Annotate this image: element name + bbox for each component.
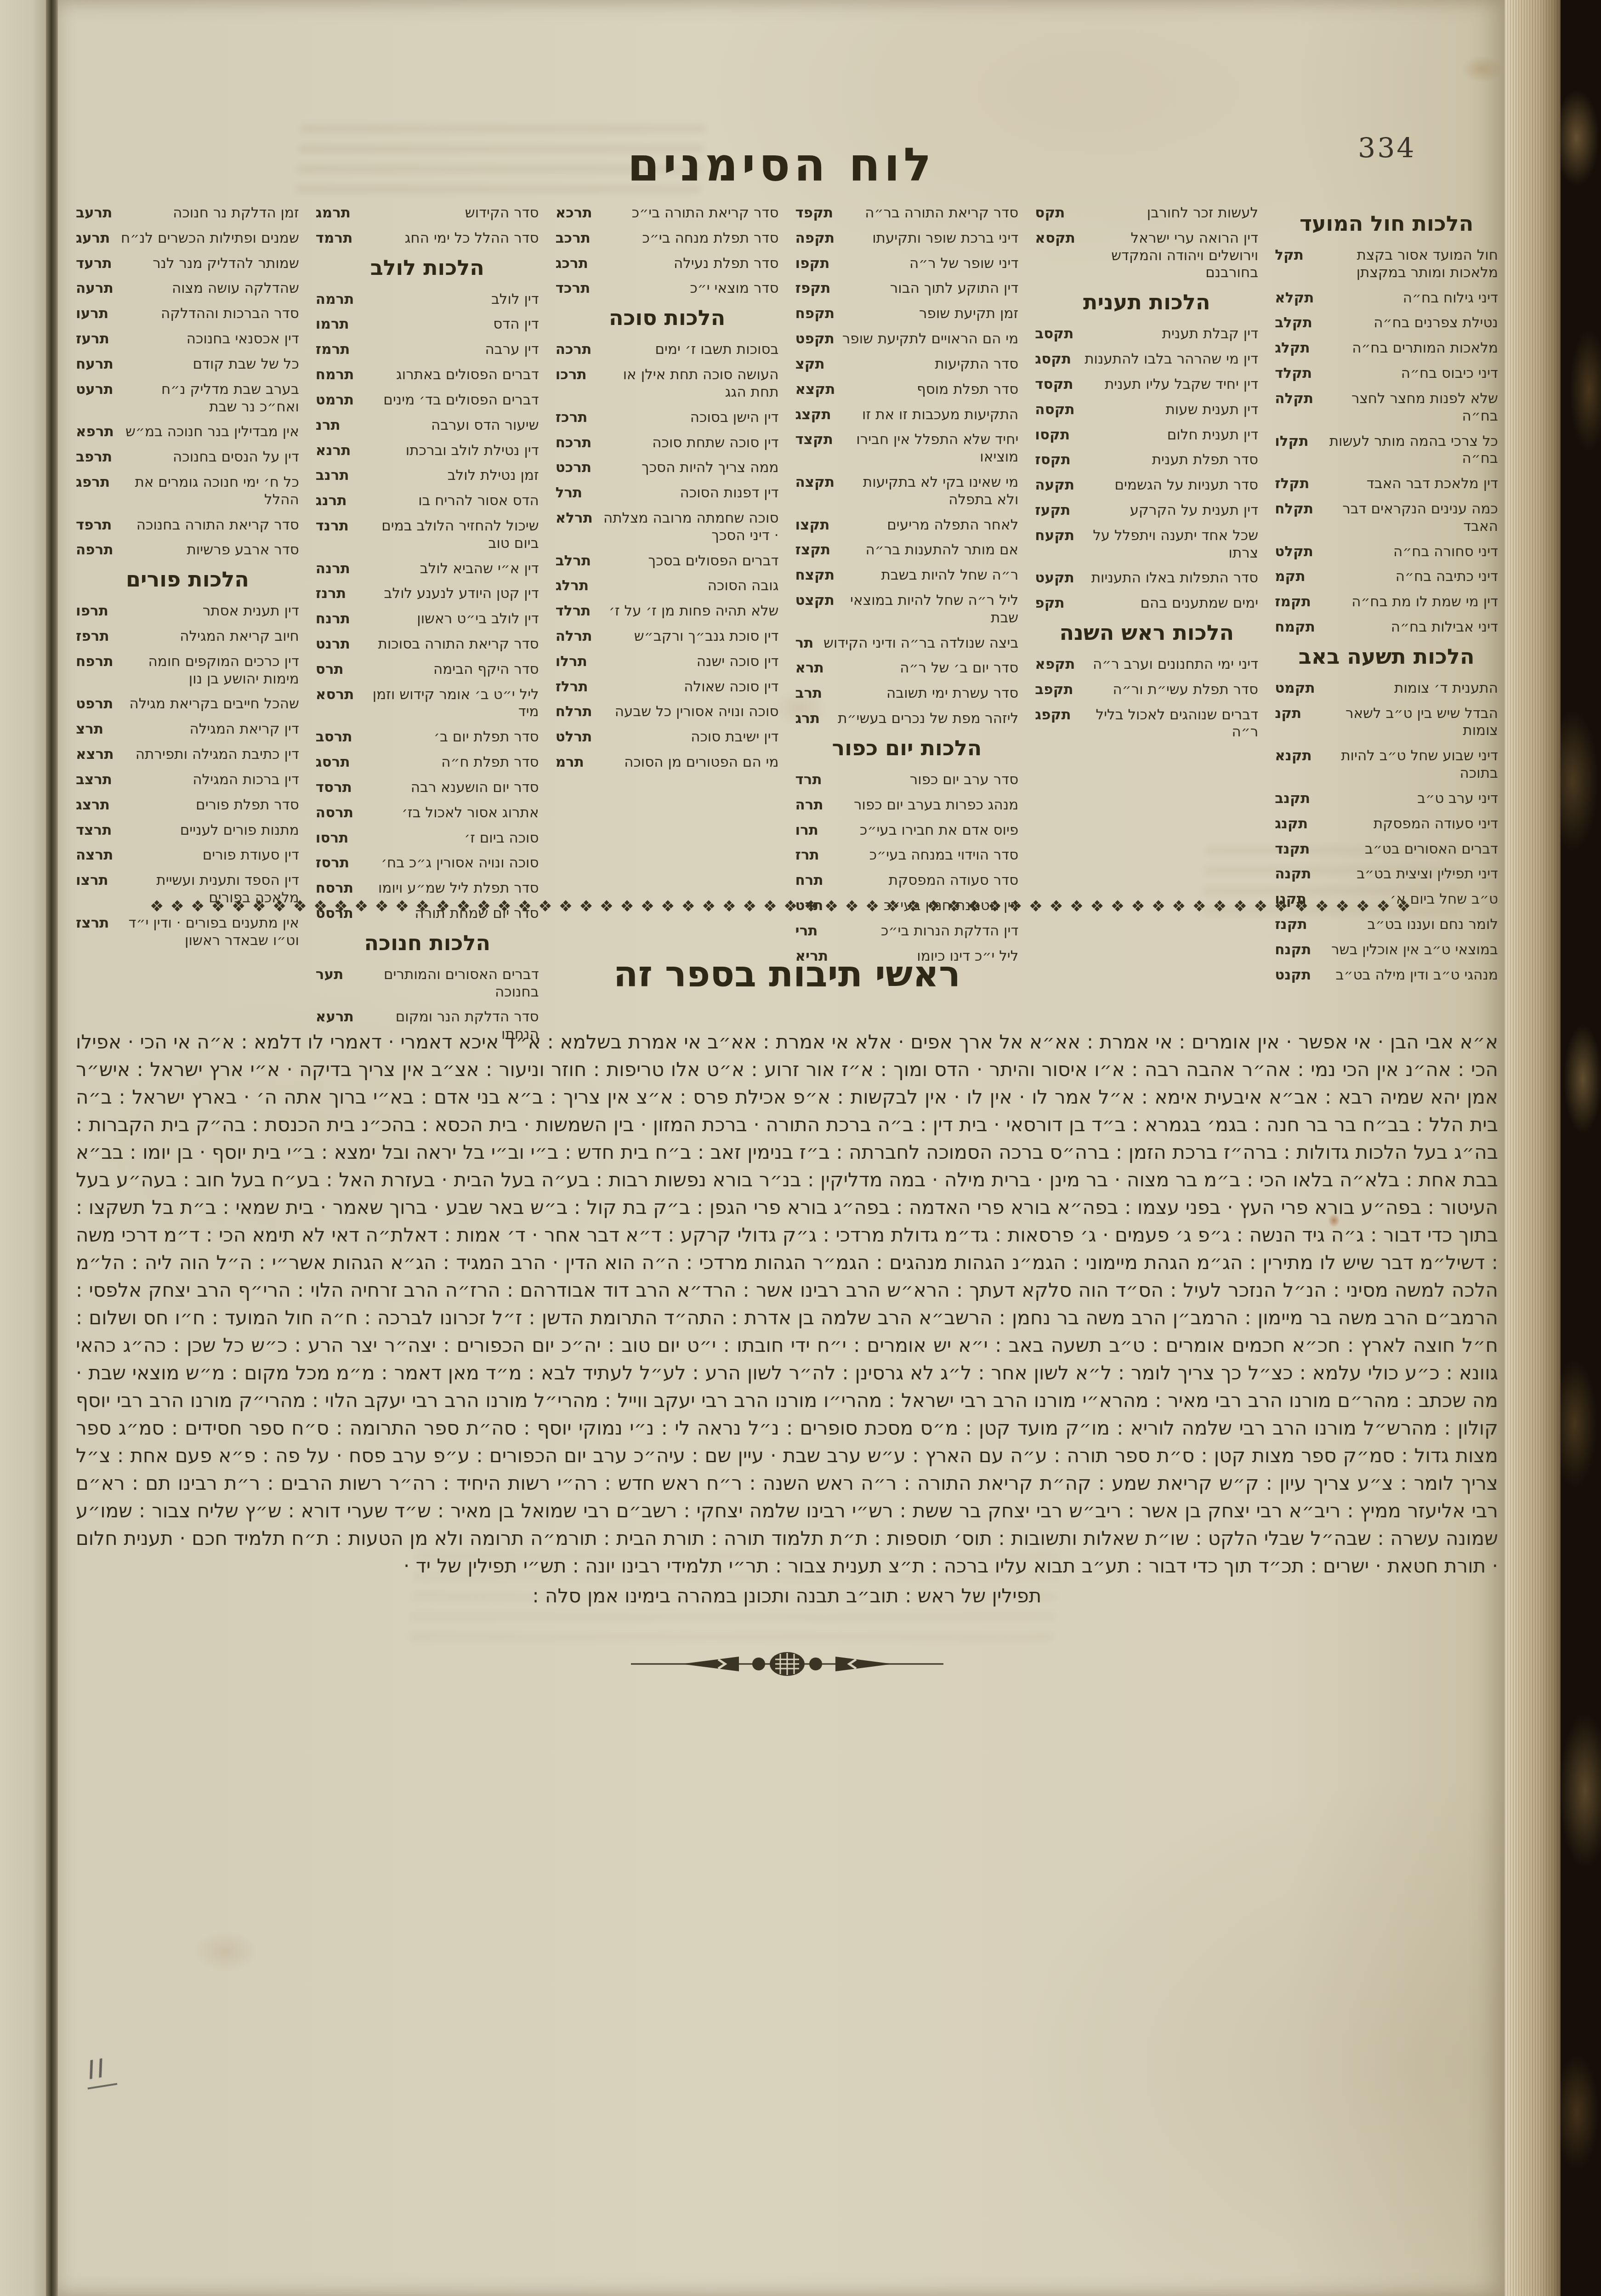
- entry-siman: תקפא: [1035, 656, 1075, 673]
- entry-siman: תרפז: [76, 628, 109, 645]
- entry-siman: תקלח: [1275, 501, 1313, 518]
- entry-siman: תרלא: [556, 510, 593, 527]
- entry-siman: תקנז: [1275, 916, 1307, 934]
- entry-siman: תקלא: [1275, 290, 1314, 307]
- entry-siman: תרפא: [76, 423, 114, 441]
- entry-title: שהכל חייבים בקריאת מגילה: [129, 695, 299, 713]
- entry-siman: תרמה: [316, 291, 354, 308]
- index-entry: דברים הפסולים באתרוגתרמח: [316, 366, 539, 384]
- entry-siman: תרסא: [316, 686, 354, 704]
- index-entry: סדר קריאת התורה בסוכותתרנט: [316, 636, 539, 653]
- entry-siman: תקצט: [795, 592, 835, 610]
- entry-title: סוכה שחמתה מרובה מצלתה · דיני הסכך: [599, 510, 779, 545]
- index-column: סדר הקידושתרמגסדר ההלל כל ימי החגתרמדהלכ…: [316, 205, 539, 1051]
- abbreviations-section: ראשי תיבות בספר זה א״א אבי הבן · אי אפשר…: [76, 954, 1498, 1682]
- tailpiece-ornament: [626, 1646, 948, 1682]
- entry-title: סוכה ונויה אסורין ג״כ בח׳: [381, 855, 539, 872]
- entry-title: מי הם הפטורים מן הסוכה: [624, 754, 778, 771]
- index-entry: כל ח׳ ימי חנוכה גומרים את ההללתרפג: [76, 474, 299, 509]
- entry-title: ליל ר״ה שחל להיות במוצאי שבת: [841, 592, 1019, 627]
- index-entry: ימים שמתענים בהםתקפ: [1035, 595, 1258, 612]
- index-entry: חול המועד אסור בקצת מלאכות ומותר במקצתןת…: [1275, 247, 1498, 282]
- entry-siman: תרנג: [316, 492, 347, 510]
- entry-siman: תקפד: [795, 205, 834, 222]
- entry-title: דין הרואה ערי ישראל וירושלים ויהודה והמק…: [1082, 230, 1258, 282]
- entry-siman: תרצא: [76, 746, 114, 763]
- index-column: לעשות זכר לחורבןתקסדין הרואה ערי ישראל ו…: [1035, 205, 1258, 1051]
- entry-siman: תרפו: [76, 603, 108, 620]
- entry-title: יחיד שלא התפלל אין חבירו מוציאו: [840, 431, 1018, 466]
- entry-siman: תרצה: [76, 847, 113, 864]
- entry-siman: תרלז: [556, 678, 588, 696]
- index-entry: סדר תעניות על הגשמיםתקעה: [1035, 477, 1258, 494]
- entry-title: סדר קריאת התורה בר״ה: [865, 205, 1018, 222]
- entry-siman: תרמג: [316, 205, 351, 222]
- index-entry: דין סוכת גנב״ך ורקב״שתרלה: [556, 628, 779, 645]
- entry-title: אתרוג אסור לאכול בז׳: [402, 804, 539, 822]
- entry-title: דין כתיבת המגילה ותפירתה: [136, 746, 299, 763]
- entry-siman: תרכו: [556, 366, 587, 384]
- entry-siman: תרסו: [316, 830, 349, 847]
- entry-siman: תרפט: [76, 695, 113, 713]
- entry-title: סדר מוצאי י״כ: [690, 280, 778, 297]
- index-entry: מלאכות המותרים בח״התקלג: [1275, 340, 1498, 357]
- entry-title: שיכול להחזיר הלולב במים ביום טוב: [355, 518, 539, 553]
- index-entry: ממה צריך להיות הסכךתרכט: [556, 459, 779, 477]
- entry-title: סדר יום ב׳ של ר״ה: [900, 660, 1018, 677]
- entry-title: דין מלאכת דבר האבד: [1367, 475, 1498, 493]
- entry-title: דין הישן בסוכה: [690, 409, 779, 427]
- index-entry: התענית ד׳ צומותתקמט: [1275, 680, 1498, 697]
- entry-siman: תרלג: [556, 577, 589, 595]
- entry-siman: תרלה: [556, 628, 592, 645]
- entry-title: דין קטן היודע לנענע לולב: [384, 585, 539, 603]
- entry-title: דין תענית שעות: [1165, 401, 1258, 419]
- index-entry: דין כרכים המוקפים חומה מימות יהושע בן נו…: [76, 653, 299, 688]
- index-entry: דין ברכות המגילהתרצב: [76, 771, 299, 789]
- index-entry: ר״ה שחל להיות בשבתתקצח: [795, 567, 1019, 584]
- index-entry: דין כתיבת המגילה ותפירתהתרצא: [76, 746, 299, 763]
- entry-siman: תקסז: [1035, 451, 1071, 469]
- entry-title: דין כרכים המוקפים חומה מימות יהושע בן נו…: [120, 653, 299, 688]
- entry-title: דין לולב: [491, 291, 539, 308]
- entry-siman: תרעט: [76, 381, 114, 399]
- index-entry: בערב שבת מדליק נ״ח ואח״כ נר שבתתרעט: [76, 381, 299, 416]
- entry-title: סדר התקיעות: [935, 356, 1018, 373]
- entry-siman: תרעח: [76, 356, 114, 373]
- entry-title: כל של שבת קודם: [193, 356, 299, 373]
- entry-siman: תרצב: [76, 771, 112, 789]
- index-entry: סדר תפלת ליל שמ״ע ויומותרסח: [316, 880, 539, 897]
- entry-siman: תקנב: [1275, 790, 1310, 808]
- entry-title: סדר קריאת התורה בסוכות: [378, 636, 539, 653]
- index-entry: דיני שבוע שחל ט״ב להיות בתוכהתקנא: [1275, 747, 1498, 782]
- entry-title: ביצה שנולדה בר״ה ודיני הקידוש: [823, 635, 1018, 652]
- index-entry: סדר היקף הבימהתרס: [316, 661, 539, 678]
- entry-title: דין ברכות המגילה: [193, 771, 299, 789]
- index-entry: סוכה ביום ז׳תרסו: [316, 830, 539, 847]
- entry-siman: תקפט: [795, 330, 835, 348]
- index-entry: שיעור הדס וערבהתרנ: [316, 417, 539, 434]
- entry-siman: תרמד: [316, 230, 353, 247]
- entry-siman: תקצח: [795, 567, 835, 584]
- entry-title: מי שאינו בקי לא בתקיעות ולא בתפלה: [841, 474, 1018, 509]
- entry-siman: תרלט: [556, 729, 592, 746]
- index-entry: זמן תקיעת שופרתקפח: [795, 305, 1019, 323]
- gutter-shadow: [46, 0, 58, 2296]
- index-columns: הלכות חול המועדחול המועד אסור בקצת מלאכו…: [76, 205, 1498, 1051]
- entry-siman: תרנז: [316, 585, 346, 603]
- entry-title: סדר תפלת ח״ה: [441, 754, 539, 771]
- entry-title: דיני שופר של ר״ה: [909, 255, 1018, 273]
- entry-siman: תקסו: [1035, 427, 1070, 444]
- entry-siman: תרכא: [556, 205, 592, 222]
- entry-title: סדר תפלת עשי״ת ור״ה: [1113, 681, 1259, 699]
- entry-siman: תקמח: [1275, 619, 1315, 636]
- entry-siman: תרסח: [316, 880, 353, 897]
- entry-siman: תקצה: [795, 474, 835, 491]
- entry-title: ר״ה שחל להיות בשבת: [881, 567, 1018, 584]
- entry-title: בערב שבת מדליק נ״ח ואח״כ נר שבת: [120, 381, 299, 416]
- entry-title: דברים הפסולים באתרוג: [396, 366, 539, 384]
- entry-title: דין אכסנאי בחנוכה: [187, 330, 299, 348]
- entry-title: ליזהר מפת של נכרים בעשי״ת: [838, 710, 1018, 728]
- index-entry: סדר הברכות וההדלקהתרעו: [76, 305, 299, 323]
- index-entry: דין התוקע לתוך הבורתקפז: [795, 280, 1019, 297]
- entry-title: דין תענית חלום: [1167, 427, 1258, 444]
- entry-siman: תרכד: [556, 280, 590, 297]
- entry-title: דין נטילת לולב וברכתו: [406, 442, 539, 460]
- index-entry: שלא תהיה פחות מן ז׳ על ז׳תרלד: [556, 603, 779, 620]
- entry-title: לומר נחם ועננו בט״ב: [1368, 916, 1498, 934]
- entry-siman: תקעח: [1035, 527, 1074, 545]
- entry-siman: תקסג: [1035, 351, 1071, 368]
- entry-siman: תרה: [795, 797, 823, 814]
- index-entry: מי שאינו בקי לא בתקיעות ולא בתפלהתקצה: [795, 474, 1019, 509]
- index-entry: דיני תפילין וציצית בט״בתקנה: [1275, 866, 1498, 883]
- index-entry: שמנים ופתילות הכשרים לנ״חתרעג: [76, 230, 299, 247]
- entry-siman: תרצג: [76, 797, 110, 814]
- index-entry: סדר תפלת מנחה בי״כתרכב: [556, 230, 779, 247]
- index-entry: שמותר להדליק מנר לנרתרעד: [76, 255, 299, 273]
- entry-siman: תקלב: [1275, 314, 1312, 332]
- entry-title: סדר התפלות באלו התעניות: [1091, 570, 1258, 587]
- entry-siman: תרו: [795, 822, 818, 839]
- entry-siman: תקעז: [1035, 502, 1070, 519]
- entry-siman: תקלו: [1275, 433, 1308, 450]
- index-entry: כל צרכי בהמה מותר לעשות בח״התקלו: [1275, 433, 1498, 468]
- entry-title: דין סוכה שתחת סוכה: [652, 434, 778, 452]
- entry-title: דין קריאת המגילה: [189, 721, 299, 738]
- index-entry: מנהג כפרות בערב יום כפורתרה: [795, 797, 1019, 814]
- index-entry: דיני סחורה בח״התקלט: [1275, 543, 1498, 561]
- entry-siman: תרמז: [316, 341, 350, 359]
- entry-title: דין סעודת פורים: [203, 847, 299, 864]
- index-entry: בסוכות תשבו ז׳ ימיםתרכה: [556, 341, 779, 359]
- entry-title: בסוכות תשבו ז׳ ימים: [655, 341, 778, 359]
- index-entry: דיני שופר של ר״התקפו: [795, 255, 1019, 273]
- index-entry: דין ערבהתרמז: [316, 341, 539, 359]
- entry-siman: תקנג: [1275, 815, 1308, 833]
- entry-title: סדר ערב יום כפור: [910, 771, 1019, 789]
- entry-title: סדר היקף הבימה: [433, 661, 539, 678]
- entry-title: שכל אחד יתענה ויתפלל על צרתו: [1081, 527, 1258, 562]
- entry-title: העושה סוכה תחת אילן או תחת הגג: [593, 366, 779, 401]
- entry-title: שמנים ופתילות הכשרים לנ״ח: [121, 230, 299, 247]
- entry-title: סדר תפלת יום ב׳: [434, 729, 539, 746]
- entry-siman: תקנ: [1275, 705, 1301, 723]
- entry-siman: תקצא: [795, 381, 835, 399]
- entry-title: דיני ברכת שופר ותקיעתו: [872, 230, 1018, 247]
- closing-line: תפילין של ראש : תוב״ב תבנה ותכונן במהרה …: [76, 1584, 1498, 1607]
- index-entry: דברים שנוהגים לאכול בליל ר״התקפג: [1035, 706, 1258, 741]
- index-entry: זמן הדלקת נר חנוכהתרעב: [76, 205, 299, 222]
- entry-siman: תרעה: [76, 280, 114, 297]
- entry-siman: תקצג: [795, 406, 831, 424]
- entry-siman: תקלז: [1275, 475, 1309, 493]
- entry-siman: תרנט: [316, 636, 350, 653]
- index-entry: סדר ארבע פרשיותתרפה: [76, 541, 299, 559]
- entry-title: דין התוקע לתוך הבור: [890, 280, 1019, 297]
- entry-title: סדר עשרת ימי תשובה: [886, 685, 1018, 702]
- entry-siman: תרכז: [556, 409, 588, 427]
- entry-title: דין לולב בי״ט ראשון: [417, 610, 539, 628]
- index-entry: דין לולבתרמה: [316, 291, 539, 308]
- index-entry: פיוס אדם את חבירו בעי״כתרו: [795, 822, 1019, 839]
- index-entry: כמה ענינים הנקראים דבר האבדתקלח: [1275, 501, 1498, 536]
- entry-siman: תרי: [795, 923, 818, 940]
- index-column: זמן הדלקת נר חנוכהתרעבשמנים ופתילות הכשר…: [76, 205, 299, 1051]
- index-entry: חיוב קריאת המגילהתרפז: [76, 628, 299, 645]
- entry-siman: תרסג: [316, 754, 350, 771]
- index-entry: סדר תפלת עשי״ת ור״התקפב: [1035, 681, 1258, 699]
- entry-siman: תרעב: [76, 205, 112, 222]
- entry-siman: תרח: [795, 872, 823, 889]
- index-entry: דין מי שמת לו מת בח״התקמז: [1275, 593, 1498, 611]
- index-entry: דיני גילוח בח״התקלא: [1275, 290, 1498, 307]
- entry-title: חיוב קריאת המגילה: [180, 628, 299, 645]
- entry-siman: תקמט: [1275, 680, 1315, 697]
- section-header: הלכות חול המועד: [1275, 211, 1498, 236]
- entry-title: סדר הוידוי במנחה בעי״כ: [869, 847, 1019, 864]
- entry-title: דיני סעודה המפסקת: [1374, 815, 1498, 833]
- entry-title: לאחר התפלה מריעים: [887, 517, 1018, 534]
- entry-title: דין הדס: [493, 316, 539, 333]
- index-entry: סדר הוידוי במנחה בעי״כתרז: [795, 847, 1019, 864]
- entry-siman: תקפח: [795, 305, 835, 323]
- entry-siman: תרכה: [556, 341, 592, 359]
- abbreviations-title: ראשי תיבות בספר זה: [76, 954, 1498, 995]
- entry-siman: תקסד: [1035, 376, 1073, 393]
- index-entry: דין נטילת לולב וברכתותרנא: [316, 442, 539, 460]
- entry-siman: תרלו: [556, 653, 587, 671]
- index-entry: דין תענית אסתרתרפו: [76, 603, 299, 620]
- entry-siman: תרפב: [76, 449, 112, 466]
- entry-siman: תקנא: [1275, 747, 1312, 765]
- index-entry: סדר ערב יום כפורתרד: [795, 771, 1019, 789]
- entry-title: סדר תפלת מוסף: [917, 381, 1018, 399]
- entry-title: זמן הדלקת נר חנוכה: [173, 205, 299, 222]
- entry-title: מנהג כפרות בערב יום כפור: [854, 797, 1018, 814]
- entry-title: דין א״י שהביא לולב: [420, 560, 539, 578]
- index-entry: דין קטן היודע לנענע לולבתרנז: [316, 585, 539, 603]
- entry-siman: תרפה: [76, 541, 114, 559]
- index-entry: דין סוכה שאולהתרלז: [556, 678, 779, 696]
- index-entry: סדר תפלת מוסףתקצא: [795, 381, 1019, 399]
- index-entry: דין לולב בי״ט ראשוןתרנח: [316, 610, 539, 628]
- entry-siman: תרנה: [316, 560, 350, 578]
- entry-title: דברים שנוהגים לאכול בליל ר״ה: [1078, 706, 1259, 741]
- entry-title: סדר ההלל כל ימי החג: [405, 230, 539, 247]
- entry-siman: תקנה: [1275, 866, 1311, 883]
- entry-siman: תרל: [556, 484, 583, 502]
- entry-title: אם מותר להתענות בר״ה: [866, 541, 1019, 559]
- entry-siman: תקפה: [795, 230, 835, 247]
- page-title: לוח הסימנים: [58, 138, 1504, 192]
- entry-siman: תרלח: [556, 703, 592, 721]
- index-entry: דין יחיד שקבל עליו תעניתתקסד: [1035, 376, 1258, 393]
- index-entry: נטילת צפרנים בח״התקלב: [1275, 314, 1498, 332]
- entry-siman: תקצו: [795, 517, 830, 534]
- index-entry: דין הרואה ערי ישראל וירושלים ויהודה והמק…: [1035, 230, 1258, 282]
- entry-title: דיני גילוח בח״ה: [1403, 290, 1498, 307]
- index-entry: סדר התפלות באלו התעניותתקעט: [1035, 570, 1258, 587]
- entry-title: דיני ימי התחנונים וערב ר״ה: [1093, 656, 1258, 673]
- entry-siman: תרכח: [556, 434, 592, 452]
- entry-title: מלאכות המותרים בח״ה: [1352, 340, 1498, 357]
- entry-title: סוכה ונויה אסורין כל שבעה: [615, 703, 779, 721]
- entry-siman: תרלב: [556, 553, 591, 570]
- index-entry: דין תענית חלוםתקסו: [1035, 427, 1258, 444]
- entry-siman: תקפז: [795, 280, 831, 297]
- index-entry: דין סעודת פוריםתרצה: [76, 847, 299, 864]
- entry-siman: תרעו: [76, 305, 108, 323]
- index-entry: סדר מוצאי י״כתרכד: [556, 280, 779, 297]
- page-edge-stack: [1504, 0, 1561, 2296]
- index-entry: דיני ברכת שופר ותקיעתותקפה: [795, 230, 1019, 247]
- entry-title: התקיעות מעכבות זו את זו: [862, 406, 1018, 424]
- index-entry: סדר יום הושענא רבהתרסד: [316, 779, 539, 797]
- index-entry: לומר נחם ועננו בט״בתקנז: [1275, 916, 1498, 934]
- index-entry: התקיעות מעכבות זו את זותקצג: [795, 406, 1019, 424]
- entry-siman: תרלד: [556, 603, 591, 620]
- entry-title: שיעור הדס וערבה: [431, 417, 539, 434]
- entry-title: דין מי שמת לו מת בח״ה: [1351, 593, 1498, 611]
- index-column: סדר קריאת התורה בר״התקפדדיני ברכת שופר ו…: [795, 205, 1019, 1051]
- entry-siman: תקסב: [1035, 325, 1073, 343]
- entry-title: סדר תעניות על הגשמים: [1115, 477, 1259, 494]
- entry-siman: תרנ: [316, 417, 341, 434]
- entry-title: דיני שבוע שחל ט״ב להיות בתוכה: [1318, 747, 1498, 782]
- entry-siman: תרכג: [556, 255, 588, 273]
- index-entry: דין מלאכת דבר האבדתקלז: [1275, 475, 1498, 493]
- index-entry: ליל י״ט ב׳ אומר קידוש וזמן מידתרסא: [316, 686, 539, 721]
- entry-siman: תקל: [1275, 247, 1304, 264]
- entry-title: דין ישיבת סוכה: [691, 729, 778, 746]
- index-entry: דיני אבילות בח״התקמח: [1275, 619, 1498, 636]
- entry-title: דין תענית על הקרקע: [1130, 502, 1259, 519]
- index-entry: סדר ההלל כל ימי החגתרמד: [316, 230, 539, 247]
- entry-siman: תקפב: [1035, 681, 1073, 699]
- index-entry: שהדלקה עושה מצוהתרעה: [76, 280, 299, 297]
- index-entry: דין מי שהרהר בלבו להתענותתקסג: [1035, 351, 1258, 368]
- entry-title: דין יחיד שקבל עליו תענית: [1105, 376, 1258, 393]
- index-entry: דין על הנסים בחנוכהתרפב: [76, 449, 299, 466]
- entry-title: דיני תפילין וציצית בט״ב: [1357, 866, 1498, 883]
- entry-siman: תרכט: [556, 459, 591, 477]
- entry-title: הדס אסור להריח בו: [418, 492, 539, 510]
- index-entry: סוכה ונויה אסורין כל שבעהתרלח: [556, 703, 779, 721]
- entry-title: דין קבלת תענית: [1162, 325, 1258, 343]
- index-column: סדר קריאת התורה בי״כתרכאסדר תפלת מנחה בי…: [556, 205, 779, 1051]
- entry-siman: תרעז: [76, 330, 109, 348]
- index-entry: דין קבלת תעניתתקסב: [1035, 325, 1258, 343]
- index-entry: ביצה שנולדה בר״ה ודיני הקידושתר: [795, 635, 1019, 652]
- entry-title: חול המועד אסור בקצת מלאכות ומותר במקצתן: [1310, 247, 1498, 282]
- entry-siman: תרמו: [316, 316, 349, 333]
- entry-siman: תרנד: [316, 518, 349, 535]
- index-entry: סדר יום ב׳ של ר״התרא: [795, 660, 1019, 677]
- section-header: הלכות חנוכה: [316, 930, 539, 955]
- section-header: הלכות תענית: [1035, 290, 1258, 314]
- entry-siman: תקלד: [1275, 365, 1312, 382]
- entry-title: דיני כיבוס בח״ה: [1401, 365, 1498, 382]
- entry-title: סדר תפלת נעילה: [674, 255, 779, 273]
- entry-title: פיוס אדם את חבירו בעי״כ: [860, 822, 1018, 839]
- entry-siman: תרפד: [76, 517, 112, 534]
- entry-siman: תקלט: [1275, 543, 1313, 561]
- index-entry: סוכה שחמתה מרובה מצלתה · דיני הסכךתרלא: [556, 510, 779, 545]
- entry-siman: תקמז: [1275, 593, 1311, 611]
- entry-title: סדר קריאת התורה בחנוכה: [136, 517, 299, 534]
- index-entry: סדר תפלת נעילהתרכג: [556, 255, 779, 273]
- entry-title: סדר תפלת פורים: [196, 797, 299, 814]
- entry-title: דין הדלקת הנרות בי״כ: [881, 923, 1018, 940]
- index-entry: דין הדלקת הנרות בי״כתרי: [795, 923, 1019, 940]
- section-header: הלכות ראש השנה: [1035, 620, 1258, 645]
- entry-siman: תרצ: [76, 721, 103, 738]
- entry-siman: תקפג: [1035, 706, 1071, 724]
- index-entry: דיני כתיבה בח״התקמ: [1275, 568, 1498, 586]
- entry-title: סדר ארבע פרשיות: [187, 541, 299, 559]
- entry-siman: תרפח: [76, 653, 114, 671]
- index-entry: העושה סוכה תחת אילן או תחת הגגתרכו: [556, 366, 779, 401]
- index-entry: סדר תפלת פוריםתרצג: [76, 797, 299, 814]
- index-entry: סדר קריאת התורה בר״התקפד: [795, 205, 1019, 222]
- entry-siman: תקפו: [795, 255, 830, 273]
- entry-title: ליל י״ט ב׳ אומר קידוש וזמן מיד: [360, 686, 539, 721]
- entry-siman: תרמח: [316, 366, 354, 384]
- index-entry: סדר תפלת יום ב׳תרסב: [316, 729, 539, 746]
- handwritten-mark: II: [83, 2051, 118, 2089]
- index-entry: דברים הפסולים בד׳ מיניםתרמט: [316, 392, 539, 409]
- entry-title: סדר תפלת תענית: [1152, 451, 1258, 469]
- entry-title: שהדלקה עושה מצוה: [172, 280, 299, 297]
- entry-title: גובה הסוכה: [708, 577, 779, 595]
- index-entry: שלא לפנות מחצר לחצר בח״התקלה: [1275, 390, 1498, 425]
- index-entry: דין תענית על הקרקעתקעז: [1035, 502, 1258, 519]
- index-entry: כל של שבת קודםתרעח: [76, 356, 299, 373]
- index-entry: דיני ימי התחנונים וערב ר״התקפא: [1035, 656, 1258, 673]
- entry-siman: תרג: [795, 710, 820, 728]
- entry-siman: תקעט: [1035, 570, 1074, 587]
- entry-siman: תרמט: [316, 392, 354, 409]
- entry-siman: תרסד: [316, 779, 352, 797]
- index-entry: דיני סעודה המפסקתתקנג: [1275, 815, 1498, 833]
- entry-title: התענית ד׳ צומות: [1394, 680, 1498, 697]
- entry-title: כמה ענינים הנקראים דבר האבד: [1320, 501, 1498, 536]
- entry-siman: תרד: [795, 771, 822, 789]
